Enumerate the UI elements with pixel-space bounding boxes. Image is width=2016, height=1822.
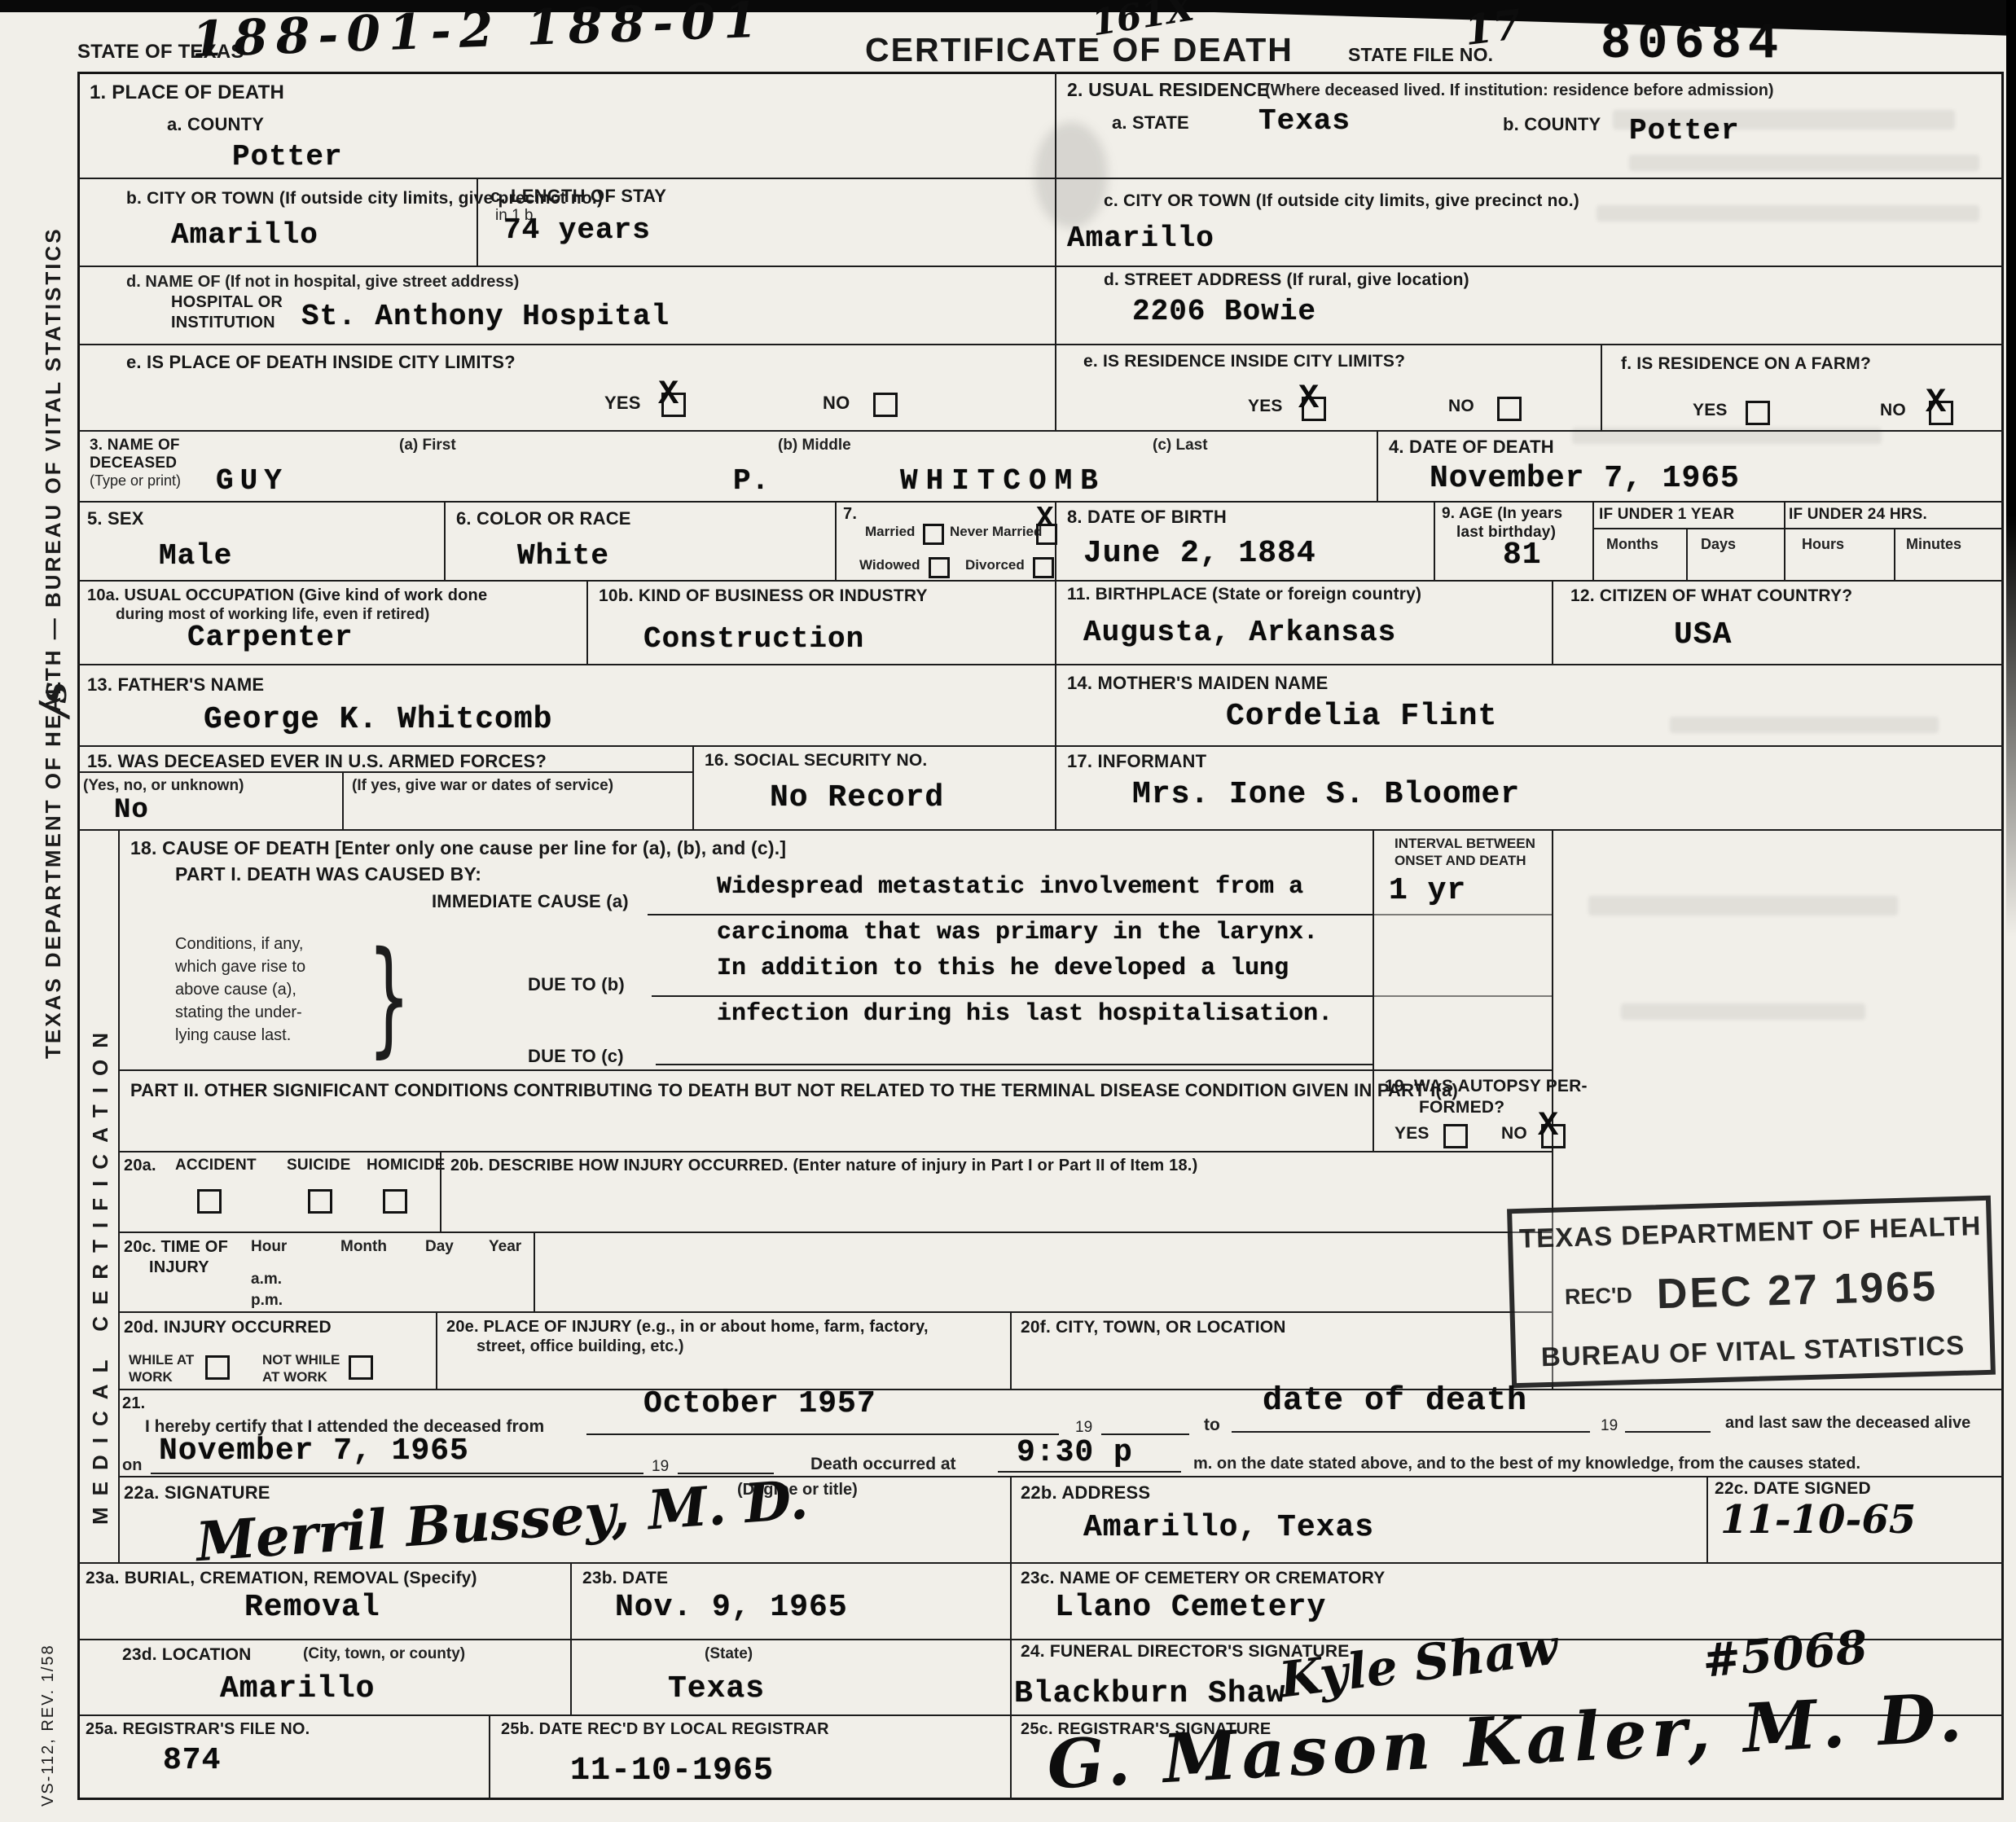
stamp-date-row: REC'D DEC 27 1965 (1520, 1261, 1982, 1323)
cemetery-name-label: 23c. NAME OF CEMETERY OR CREMATORY (1021, 1569, 1385, 1588)
business-industry-label: 10b. KIND OF BUSINESS OR INDUSTRY (599, 586, 928, 606)
suicide-label: SUICIDE (287, 1157, 350, 1174)
grid-line (586, 580, 588, 664)
color-race-value: White (517, 539, 609, 573)
state-file-number: 80684 (1601, 15, 1785, 72)
grid-line (1686, 528, 1688, 580)
conditions-note-4: stating the under- (175, 1003, 302, 1022)
conditions-note-5: lying cause last. (175, 1026, 291, 1045)
hospital-name-value: St. Anthony Hospital (301, 300, 670, 333)
funeral-director-typed-name: Blackburn Shaw (1014, 1676, 1285, 1711)
grid-line (1377, 430, 1378, 501)
year-prefix-3: 19 (652, 1458, 669, 1476)
date-signed-label: 22c. DATE SIGNED (1715, 1479, 1871, 1499)
grid-line (118, 829, 120, 1562)
informant-label: 17. INFORMANT (1067, 751, 1206, 772)
grid-line (1010, 1562, 1012, 1800)
cause-a-line1: Widespread metastatic involvement from a (717, 873, 1303, 901)
months-label: Months (1606, 536, 1658, 553)
occupation-label-1: 10a. USUAL OCCUPATION (Give kind of work… (87, 586, 487, 605)
grid-line (77, 664, 2004, 665)
while-at-work-label-1: WHILE AT (129, 1352, 194, 1368)
minutes-label: Minutes (1906, 536, 1961, 553)
address-label: 22b. ADDRESS (1021, 1482, 1150, 1504)
usual-residence-title: 2. USUAL RESIDENCE (1067, 79, 1270, 101)
burial-removal-value: Removal (244, 1590, 380, 1625)
received-stamp: TEXAS DEPARTMENT OF HEALTH REC'D DEC 27 … (1507, 1196, 1996, 1388)
registrars-file-no-value: 874 (163, 1743, 221, 1778)
burial-location-state-value: Texas (668, 1671, 765, 1706)
grid-line (1894, 528, 1895, 580)
year-prefix-2: 19 (1601, 1417, 1618, 1435)
grid-line (1055, 501, 1056, 829)
certify-text-6: m. on the date stated above, and to the … (1193, 1455, 1860, 1473)
check-x-mark: X (658, 375, 679, 414)
date-of-death-label: 4. DATE OF DEATH (1389, 437, 1554, 458)
widowed-label: Widowed (859, 557, 920, 573)
homicide-label: HOMICIDE (367, 1157, 446, 1174)
attended-from-value: October 1957 (643, 1386, 876, 1421)
stamp-agency-line: TEXAS DEPARTMENT OF HEALTH (1519, 1210, 1981, 1254)
grid-line (1784, 501, 1785, 580)
entry-rule (656, 1064, 1373, 1065)
ssn-value: No Record (770, 780, 944, 815)
while-at-work-label-2: WORK (129, 1369, 173, 1385)
residence-state-label: a. STATE (1112, 112, 1189, 134)
entry-rule (648, 914, 1373, 915)
hour-label: Hour (251, 1238, 287, 1256)
item-20a-number: 20a. (124, 1157, 156, 1175)
certificate-title: CERTIFICATE OF DEATH (865, 31, 1293, 69)
place-of-death-title: 1. PLACE OF DEATH (90, 81, 284, 104)
form-number-vertical-label: VS-112, REV. 1/58 (39, 1644, 58, 1807)
not-while-at-work-label-1: NOT WHILE (262, 1352, 340, 1368)
cause-b-line2: infection during his last hospitalisatio… (717, 1000, 1333, 1028)
ssn-label: 16. SOCIAL SECURITY NO. (705, 751, 927, 771)
grid-line (342, 771, 344, 829)
fathers-name-value: George K. Whitcomb (204, 702, 552, 737)
check-x-mark: X (1036, 502, 1054, 535)
yes-label: YES (604, 393, 641, 414)
citizen-country-label: 12. CITIZEN OF WHAT COUNTRY? (1570, 586, 1852, 606)
no-label: NO (1448, 397, 1474, 416)
grid-line (489, 1714, 490, 1800)
date-of-birth-label: 8. DATE OF BIRTH (1067, 507, 1227, 528)
grid-line (118, 1311, 1552, 1313)
burial-date-value: Nov. 9, 1965 (615, 1590, 848, 1625)
grid-line (118, 1476, 2004, 1477)
grid-line (444, 501, 446, 580)
name-of-deceased-label-1: 3. NAME OF (90, 437, 180, 454)
married-label: Married (865, 524, 915, 540)
place-of-injury-label-1: 20e. PLACE OF INJURY (e.g., in or about … (446, 1318, 929, 1337)
certify-text-5: Death occurred at (810, 1455, 956, 1474)
street-address-label: d. STREET ADDRESS (If rural, give locati… (1104, 270, 1469, 290)
not-while-at-work-checkbox (349, 1355, 373, 1380)
stamp-recd-label: REC'D (1565, 1283, 1633, 1310)
grid-line (77, 266, 2004, 267)
time-of-injury-label-2: INJURY (149, 1258, 209, 1277)
grid-line (1601, 344, 1602, 430)
residence-county-value: Potter (1629, 114, 1740, 147)
handwritten-margin-mark: /s (31, 682, 75, 717)
sex-value: Male (159, 539, 232, 573)
grid-line (77, 1562, 2004, 1564)
last-name-label: (c) Last (1153, 437, 1208, 454)
accident-checkbox (197, 1189, 222, 1214)
middle-name-label: (b) Middle (778, 437, 851, 454)
conditions-note-1: Conditions, if any, (175, 935, 304, 954)
burial-location-label: 23d. LOCATION (122, 1645, 252, 1665)
check-x-mark: X (1298, 379, 1319, 418)
autopsy-no-checkbox: X (1541, 1124, 1566, 1148)
place-death-city-limits-no-checkbox (873, 393, 898, 417)
mothers-maiden-name-value: Cordelia Flint (1226, 699, 1497, 734)
no-label: NO (1501, 1124, 1527, 1144)
describe-injury-label: 20b. DESCRIBE HOW INJURY OCCURRED. (Ente… (450, 1157, 1197, 1175)
conditions-brace: } (367, 925, 410, 1069)
grid-line (1552, 580, 1553, 664)
grid-line (77, 580, 2004, 582)
due-to-b-label: DUE TO (b) (528, 974, 625, 995)
city-town-value: Amarillo (171, 218, 318, 252)
grid-line (77, 178, 2004, 179)
sex-label: 5. SEX (87, 508, 144, 529)
married-checkbox (923, 524, 944, 545)
grid-line (77, 430, 2004, 432)
armed-forces-label: 15. WAS DECEASED EVER IN U.S. ARMED FORC… (87, 751, 547, 772)
residence-farm-yes-checkbox (1746, 401, 1770, 425)
first-name-label: (a) First (399, 437, 456, 454)
autopsy-label-1: 19. WAS AUTOPSY PER- (1385, 1077, 1588, 1096)
place-of-injury-label-2: street, office building, etc.) (477, 1337, 683, 1356)
street-address-value: 2206 Bowie (1132, 295, 1316, 328)
business-industry-value: Construction (643, 622, 864, 656)
time-of-injury-label-1: 20c. TIME OF (124, 1238, 228, 1257)
interval-value: 1 yr (1389, 873, 1466, 908)
date-of-death-value: November 7, 1965 (1430, 461, 1740, 496)
residence-city-value: Amarillo (1067, 222, 1214, 255)
date-signed-value: 11-10-65 (1720, 1497, 1916, 1543)
grid-line (1373, 829, 1374, 1151)
date-recd-local-registrar-label: 25b. DATE REC'D BY LOCAL REGISTRAR (501, 1720, 829, 1739)
no-label: NO (1880, 401, 1906, 420)
not-while-at-work-label-2: AT WORK (262, 1369, 327, 1385)
cause-b-line1: In addition to this he developed a lung (717, 955, 1289, 982)
state-file-no-label: STATE FILE NO. (1348, 44, 1493, 66)
if-under-1-year-label: IF UNDER 1 YEAR (1599, 506, 1734, 524)
grid-line (534, 1231, 535, 1311)
yes-label: YES (1693, 401, 1728, 420)
grid-line (1373, 995, 1552, 997)
residence-farm-label: f. IS RESIDENCE ON A FARM? (1621, 354, 1871, 374)
institution-label: INSTITUTION (171, 314, 275, 332)
autopsy-yes-checkbox (1443, 1124, 1468, 1148)
grid-line (77, 829, 2004, 831)
item-21-number: 21. (122, 1394, 145, 1413)
no-label: NO (823, 393, 850, 414)
death-certificate-scan: STATE OF TEXAS 188-01-2 188-01 CERTIFICA… (0, 0, 2016, 1822)
residence-state-value: Texas (1258, 104, 1351, 138)
attended-to-value: date of death (1263, 1383, 1527, 1420)
armed-forces-sublabel-1: (Yes, no, or unknown) (83, 777, 244, 795)
middle-name-value: P. (733, 464, 770, 498)
informant-value: Mrs. Ione S. Bloomer (1132, 777, 1520, 812)
burial-removal-label: 23a. BURIAL, CREMATION, REMOVAL (Specify… (86, 1569, 477, 1588)
armed-forces-sublabel-2: (If yes, give war or dates of service) (352, 777, 613, 795)
never-married-checkbox: X (1036, 524, 1057, 545)
birthplace-value: Augusta, Arkansas (1083, 616, 1396, 649)
hours-label: Hours (1802, 536, 1844, 553)
immediate-cause-label: IMMEDIATE CAUSE (a) (432, 891, 629, 912)
grid-line (570, 1562, 572, 1714)
address-value: Amarillo, Texas (1083, 1510, 1374, 1545)
divorced-checkbox (1033, 557, 1054, 578)
injury-occurred-label: 20d. INJURY OCCURRED (124, 1318, 332, 1337)
marital-status-number: 7. (843, 505, 857, 524)
never-married-label: Never Married (950, 524, 1042, 540)
cause-a-line2: carcinoma that was primary in the larynx… (717, 919, 1318, 946)
date-of-birth-value: June 2, 1884 (1083, 536, 1316, 571)
day-label: Day (425, 1238, 454, 1256)
residence-city-label: c. CITY OR TOWN (If outside city limits,… (1104, 191, 1579, 211)
entry-rule (151, 1473, 643, 1474)
entry-rule (586, 1433, 1059, 1435)
grid-line (118, 1389, 2004, 1390)
county-label: a. COUNTY (167, 114, 264, 135)
grid-line (1706, 1476, 1708, 1562)
grid-line (118, 1151, 1552, 1152)
grid-line (1592, 501, 1594, 580)
burial-location-city-value: Amarillo (220, 1671, 375, 1706)
state-sublabel: (State) (705, 1645, 753, 1663)
age-value: 81 (1503, 538, 1542, 573)
usual-residence-subtitle: (Where deceased lived. If institution: r… (1265, 81, 1774, 100)
scan-right-edge-shadow (2006, 0, 2016, 937)
cause-of-death-label: 18. CAUSE OF DEATH [Enter only one cause… (130, 837, 786, 859)
days-label: Days (1701, 536, 1736, 553)
grid-line (1010, 1311, 1012, 1389)
color-race-label: 6. COLOR OR RACE (456, 508, 631, 529)
signature-label: 22a. SIGNATURE (124, 1482, 270, 1504)
grid-line (1055, 72, 1056, 430)
homicide-checkbox (383, 1189, 407, 1214)
divorced-label: Divorced (965, 557, 1025, 573)
grid-line (118, 1069, 1552, 1071)
county-value: Potter (232, 140, 343, 173)
registrars-file-no-label: 25a. REGISTRAR'S FILE NO. (86, 1720, 310, 1739)
stamp-bureau-line: BUREAU OF VITAL STATISTICS (1522, 1329, 1984, 1373)
widowed-checkbox (929, 557, 950, 578)
burial-date-label: 23b. DATE (582, 1569, 668, 1588)
grid-line (1373, 914, 1552, 915)
part2-label: PART II. OTHER SIGNIFICANT CONDITIONS CO… (130, 1080, 1458, 1101)
date-recd-local-registrar-value: 11-10-1965 (570, 1753, 774, 1789)
certify-text-4: on (122, 1456, 142, 1475)
hospital-name-label: d. NAME OF (If not in hospital, give str… (126, 273, 519, 292)
left-margin-agency-text: TEXAS DEPARTMENT OF HEALTH — BUREAU OF V… (41, 226, 66, 1059)
interval-label-2: ONSET AND DEATH (1395, 853, 1526, 869)
grid-line (1592, 528, 2004, 529)
check-x-mark: X (1538, 1106, 1558, 1145)
residence-city-limits-label: e. IS RESIDENCE INSIDE CITY LIMITS? (1083, 352, 1405, 371)
yes-label: YES (1248, 397, 1283, 416)
grid-line (436, 1311, 437, 1389)
month-label: Month (340, 1238, 387, 1256)
hospital-or-label: HOSPITAL OR (171, 293, 283, 312)
autopsy-label-2: FORMED? (1419, 1098, 1504, 1117)
cemetery-name-value: Llano Cemetery (1055, 1590, 1326, 1625)
entry-rule (998, 1471, 1181, 1473)
yes-label: YES (1395, 1124, 1430, 1144)
name-of-deceased-label-3: (Type or print) (90, 472, 181, 490)
grid-line (1010, 1476, 1012, 1562)
name-of-deceased-label-2: DECEASED (90, 454, 177, 472)
occupation-value: Carpenter (187, 621, 353, 654)
mothers-maiden-name-label: 14. MOTHER'S MAIDEN NAME (1067, 673, 1329, 694)
year-prefix-1: 19 (1075, 1419, 1092, 1437)
place-death-city-limits-yes-checkbox: X (661, 393, 686, 417)
length-of-stay-value: 74 years (503, 213, 651, 247)
suicide-checkbox (308, 1189, 332, 1214)
citizen-country-value: USA (1674, 617, 1732, 652)
first-name-value: GUY (216, 464, 288, 498)
entry-rule (1625, 1431, 1711, 1433)
place-death-city-limits-label: e. IS PLACE OF DEATH INSIDE CITY LIMITS? (126, 352, 516, 373)
grid-line (1434, 501, 1435, 580)
city-town-county-sublabel: (City, town, or county) (303, 1645, 465, 1663)
entry-rule (1232, 1431, 1590, 1433)
fathers-name-label: 13. FATHER'S NAME (87, 674, 264, 696)
death-time-value: 9:30 p (1017, 1435, 1133, 1470)
interval-label-1: INTERVAL BETWEEN (1395, 836, 1535, 852)
pm-label: p.m. (251, 1292, 283, 1310)
due-to-c-label: DUE TO (c) (528, 1046, 624, 1067)
grid-line (118, 1231, 1552, 1233)
handwritten-registrar-code: 188-01-2 188-01 (191, 0, 766, 68)
grid-line (835, 501, 837, 580)
conditions-note-3: above cause (a), (175, 981, 296, 999)
grid-line (692, 745, 694, 829)
residence-county-label: b. COUNTY (1503, 114, 1601, 135)
birthplace-label: 11. BIRTHPLACE (State or foreign country… (1067, 585, 1421, 604)
grid-line (77, 745, 2004, 747)
residence-city-limits-yes-checkbox: X (1302, 397, 1326, 421)
residence-city-limits-no-checkbox (1497, 397, 1522, 421)
residence-farm-no-checkbox: X (1929, 401, 1953, 425)
length-of-stay-label: c. LENGTH OF STAY (490, 186, 666, 207)
year-label: Year (489, 1238, 521, 1256)
last-seen-alive-value: November 7, 1965 (159, 1433, 469, 1469)
injury-city-label: 20f. CITY, TOWN, OR LOCATION (1021, 1318, 1286, 1337)
accident-label: ACCIDENT (175, 1157, 257, 1174)
conditions-note-2: which gave rise to (175, 958, 305, 977)
part1-label: PART I. DEATH WAS CAUSED BY: (175, 863, 481, 885)
if-under-24-hrs-label: IF UNDER 24 HRS. (1789, 506, 1927, 524)
check-x-mark: X (1926, 383, 1946, 422)
certify-text-3: and last saw the deceased alive (1725, 1414, 1970, 1433)
armed-forces-value: No (114, 795, 149, 826)
last-name-value: WHITCOMB (900, 464, 1106, 498)
while-at-work-checkbox (205, 1355, 230, 1380)
certify-text-2: to (1204, 1416, 1220, 1435)
am-label: a.m. (251, 1271, 282, 1289)
grid-line (77, 344, 2004, 345)
stamp-date-value: DEC 27 1965 (1656, 1262, 1939, 1319)
age-label-1: 9. AGE (In years (1442, 505, 1562, 523)
entry-rule (652, 995, 1373, 997)
